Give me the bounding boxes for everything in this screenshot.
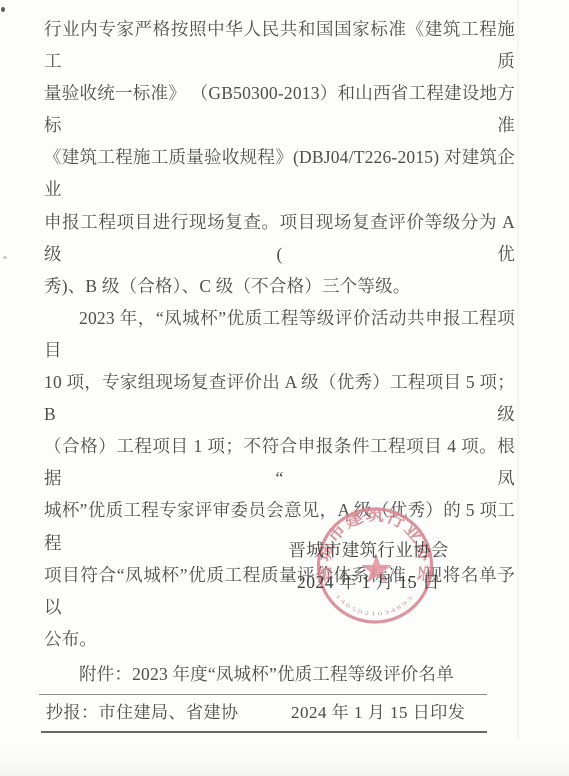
scanned-document-page: 行业内专家严格按照中华人民共和国国家标准《建筑工程施工质 量验收统一标准》 （G… — [0, 0, 569, 776]
footer-rule-top — [39, 694, 487, 695]
body-line: 公布。 — [44, 623, 515, 655]
signature-organization: 晋城市建筑行业协会 — [278, 541, 459, 559]
signature-block: 晋城市建筑行业协会 2024 年 1 月 15 日 — [278, 541, 459, 591]
scan-speck — [3, 256, 7, 259]
body-line: 《建筑工程施工质量验收规程》(DBJ04/T226-2015) 对建筑企业 — [44, 141, 515, 205]
signature-date: 2024 年 1 月 15 日 — [278, 573, 459, 591]
body-line: 行业内专家严格按照中华人民共和国国家标准《建筑工程施工质 — [44, 13, 515, 77]
body-line: （合格）工程项目 1 项；不符合申报条件工程项目 4 项。根据“凤 — [44, 430, 515, 494]
footer-rule-bottom — [41, 731, 487, 733]
body-line: 10 项，专家组现场复查评价出 A 级（优秀）工程项目 5 项；B 级 — [44, 366, 515, 430]
footer-copy-to: 抄报：市住建局、省建协 — [46, 702, 239, 723]
body-line: 量验收统一标准》 （GB50300-2013）和山西省工程建设地方标准 — [44, 77, 515, 141]
body-line: 2023 年，“凤城杯”优质工程等级评价活动共申报工程项目 — [44, 302, 515, 366]
footer-print-date: 2024 年 1 月 15 日印发 — [291, 702, 465, 723]
scan-speck — [1, 7, 5, 12]
page-bottom-shade — [0, 746, 569, 776]
body-line: 申报工程项目进行现场复查。项目现场复查评价等级分为 A 级(优 — [44, 206, 515, 270]
attachment-line: 附件：2023 年度“凤城杯”优质工程等级评价名单 — [44, 658, 515, 690]
body-line: 秀)、B 级（合格）、C 级（不合格）三个等级。 — [44, 270, 515, 302]
page-edge-shadow — [517, 0, 520, 740]
